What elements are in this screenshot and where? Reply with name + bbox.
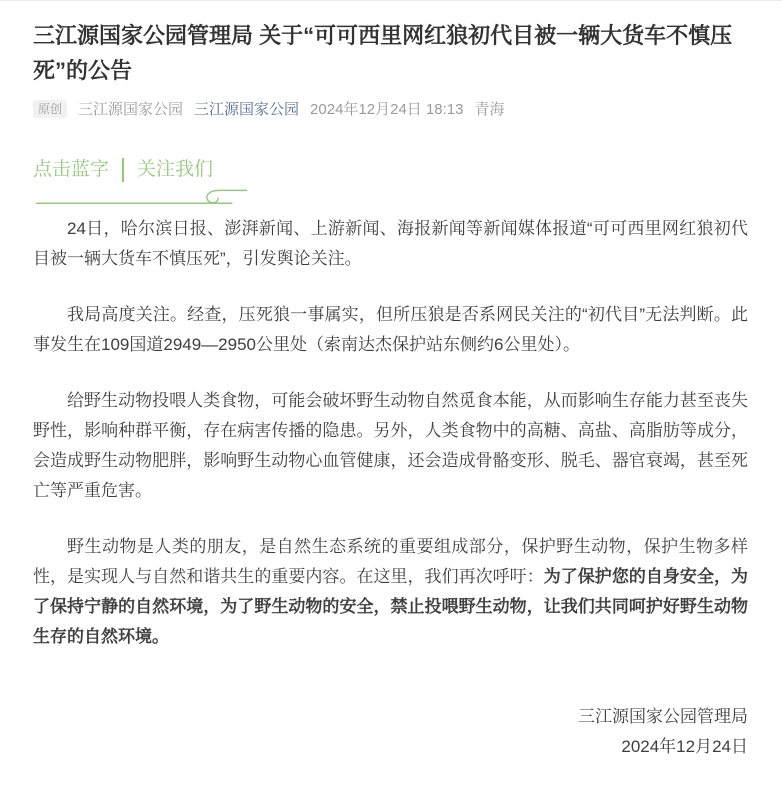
publish-datetime: 2024年12月24日 18:13	[310, 98, 463, 119]
original-badge: 原创	[33, 100, 67, 118]
follow-banner-text-row: 点击蓝字 关注我们	[33, 157, 213, 183]
author-name: 三江源国家公园	[78, 98, 183, 119]
follow-banner[interactable]: 点击蓝字 关注我们	[33, 157, 251, 206]
underline-flourish-icon	[33, 184, 251, 206]
wechat-article-page: 三江源国家公园管理局 关于“可可西里网红狼初代目被一辆大货车不慎压死”的公告 原…	[0, 18, 782, 786]
signature-date: 2024年12月24日	[33, 732, 748, 762]
paragraph-1: 24日，哈尔滨日报、澎湃新闻、上游新闻、海报新闻等新闻媒体报道“可可西里网红狼初…	[33, 214, 748, 274]
paragraph-4: 野生动物是人类的朋友，是自然生态系统的重要组成部分，保护野生动物，保护生物多样性…	[33, 532, 748, 652]
article-body: 24日，哈尔滨日报、澎湃新闻、上游新闻、海报新闻等新闻媒体报道“可可西里网红狼初…	[33, 214, 748, 776]
signature-name: 三江源国家公园管理局	[33, 702, 748, 732]
paragraph-3: 给野生动物投喂人类食物，可能会破坏野生动物自然觅食本能，从而影响生存能力甚至丧失…	[33, 386, 748, 506]
article-meta: 原创 三江源国家公园 三江源国家公园 2024年12月24日 18:13 青海	[33, 98, 748, 119]
paragraph-2: 我局高度关注。经查，压死狼一事属实，但所压狼是否系网民关注的“初代目”无法判断。…	[33, 300, 748, 360]
account-link[interactable]: 三江源国家公园	[194, 98, 299, 119]
signature-block: 三江源国家公园管理局 2024年12月24日	[33, 702, 748, 776]
click-blue-text: 点击蓝字	[33, 157, 109, 183]
article-title: 三江源国家公园管理局 关于“可可西里网红狼初代目被一辆大货车不慎压死”的公告	[33, 18, 748, 88]
follow-us-text: 关注我们	[137, 157, 213, 183]
vertical-divider	[122, 158, 124, 182]
publish-location: 青海	[475, 98, 505, 119]
